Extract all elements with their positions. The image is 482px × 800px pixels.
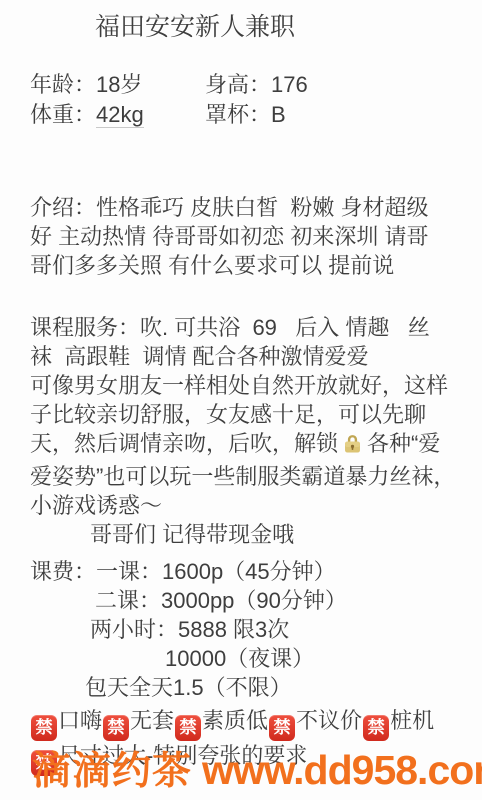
stats-age: 年龄：18岁 [30, 70, 205, 100]
watermark: 滴滴约茶www.dd958.com [32, 740, 482, 796]
services-paragraph: 课程服务：吹. 可共浴 69 后入 情趣 丝 袜 高跟鞋 调情 配合各种激情爱爱… [30, 313, 482, 520]
intro-line: 好 主动热情 待哥哥如初恋 初来深圳 请哥 [30, 222, 482, 251]
price-line-3: 两小时：5888 限3次 [90, 615, 482, 644]
ban-item: 不议价 [296, 708, 362, 733]
stats-height: 身高：176 [205, 70, 308, 100]
price-line-5: 包天全天1.5（不限） [85, 673, 482, 702]
services-lock-line: 天，然后调情亲吻，后吹，解锁各种“爱 [30, 429, 482, 462]
services-line: 爱姿势”也可以玩一些制服类霸道暴力丝袜， [30, 462, 482, 491]
stats-weight: 体重：42kg [30, 100, 205, 130]
services-line: 子比较亲切舒服，女友感十足，可以先聊 [30, 400, 482, 429]
services-line: 课程服务：吹. 可共浴 69 后入 情趣 丝 [30, 313, 482, 342]
lock-icon [341, 432, 364, 462]
stats-section: 年龄：18岁 身高：176 体重：42kg 罩杯：B [30, 70, 482, 130]
stats-cup: 罩杯：B [205, 100, 286, 130]
weight-value: 42kg [96, 102, 144, 128]
intro-paragraph: 介绍：性格乖巧 皮肤白皙 粉嫩 身材超级 好 主动热情 待哥哥如初恋 初来深圳 … [30, 193, 482, 280]
prohibited-icon: 禁 [31, 715, 57, 741]
price-line-4: 10000（夜课） [165, 644, 482, 673]
age-value: 18岁 [96, 72, 142, 97]
cup-label: 罩杯： [205, 102, 271, 127]
ban-item: 口嗨 [58, 708, 102, 733]
services-line: 小游戏诱惑～ [30, 491, 482, 520]
height-value: 176 [271, 72, 308, 97]
stats-row-1: 年龄：18岁 身高：176 [30, 70, 482, 100]
weight-label: 体重： [30, 102, 96, 127]
price-line-2: 二课：3000pp（90分钟） [95, 586, 482, 615]
cash-note: 哥哥们 记得带现金哦 [90, 520, 482, 549]
prices-section: 课费：一课：1600p（45分钟） 二课：3000pp（90分钟） 两小时：58… [30, 557, 482, 702]
watermark-url: www.dd958.com [202, 747, 482, 793]
bans-line-1: 禁口嗨禁无套禁素质低禁不议价禁桩机 [30, 706, 482, 741]
services-lock-line-post: 各种“爱 [367, 431, 440, 456]
cup-value: B [271, 102, 286, 127]
watermark-brand: 滴滴约茶 [32, 750, 192, 793]
services-line: 可像男女朋友一样相处自然开放就好，这样 [30, 371, 482, 400]
stats-row-2: 体重：42kg 罩杯：B [30, 100, 482, 130]
age-label: 年龄： [30, 72, 96, 97]
intro-line: 哥们多多关照 有什么要求可以 提前说 [30, 251, 482, 280]
document-page: 福田安安新人兼职 年龄：18岁 身高：176 体重：42kg 罩杯：B 介绍：性… [0, 0, 482, 800]
services-line: 袜 高跟鞋 调情 配合各种激情爱爱 [30, 342, 482, 371]
price-line-1: 课费：一课：1600p（45分钟） [30, 557, 482, 586]
prohibited-icon: 禁 [363, 715, 389, 741]
prohibited-icon: 禁 [103, 715, 129, 741]
intro-line: 介绍：性格乖巧 皮肤白皙 粉嫩 身材超级 [30, 193, 482, 222]
prohibited-icon: 禁 [175, 715, 201, 741]
page-title: 福田安安新人兼职 [95, 12, 482, 42]
ban-item: 素质低 [202, 708, 268, 733]
height-label: 身高： [205, 72, 271, 97]
ban-item: 桩机 [390, 708, 434, 733]
ban-item: 无套 [130, 708, 174, 733]
services-lock-line-pre: 天，然后调情亲吻，后吹，解锁 [30, 431, 338, 456]
prohibited-icon: 禁 [269, 715, 295, 741]
